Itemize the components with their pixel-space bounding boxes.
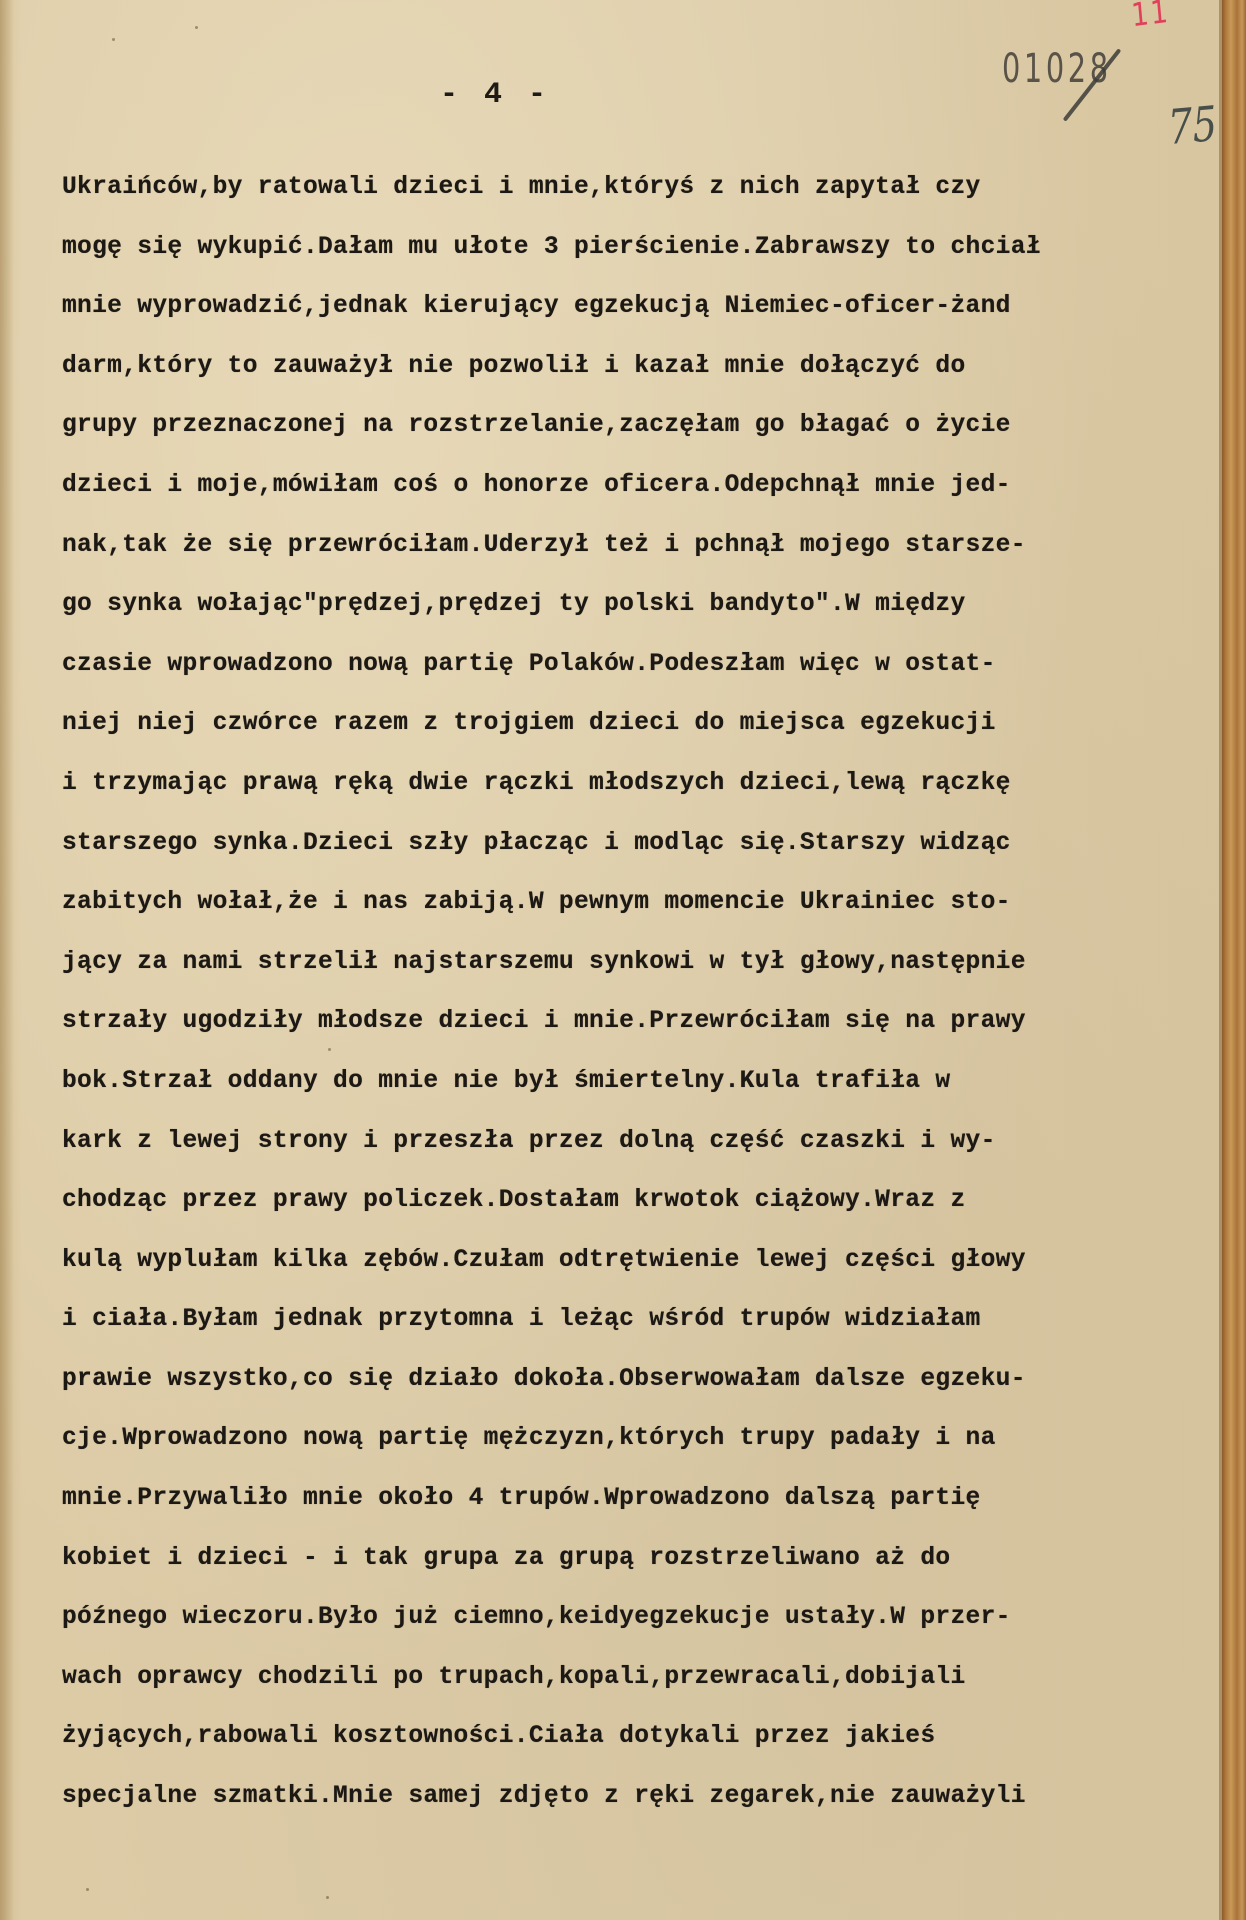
paper-speck — [112, 38, 115, 41]
text-line: kobiet i dzieci - i tak grupa za grupą r… — [62, 1529, 1222, 1589]
archive-stamp-number: 01028 — [1002, 46, 1112, 92]
text-line: mnie.Przywaliło mnie około 4 trupów.Wpro… — [62, 1469, 1222, 1529]
red-handwritten-number: 11 — [1130, 0, 1171, 34]
page-number: - 4 - — [440, 78, 550, 112]
text-line: prawie wszystko,co się działo dokoła.Obs… — [62, 1350, 1222, 1410]
text-line: kulą wyplułam kilka zębów.Czułam odtrętw… — [62, 1231, 1222, 1291]
text-line: starszego synka.Dzieci szły płacząc i mo… — [62, 814, 1222, 874]
text-line: wach oprawcy chodzili po trupach,kopali,… — [62, 1648, 1222, 1708]
text-line: niej niej czwórce razem z trojgiem dziec… — [62, 694, 1222, 754]
text-line: go synka wołając"prędzej,prędzej ty pols… — [62, 575, 1222, 635]
text-line: nak,tak że się przewróciłam.Uderzył też … — [62, 516, 1222, 576]
text-line: jący za nami strzelił najstarszemu synko… — [62, 933, 1222, 993]
text-line: strzały ugodziły młodsze dzieci i mnie.P… — [62, 992, 1222, 1052]
handwritten-folio-number: 75 — [1167, 96, 1219, 156]
paper-speck — [326, 1896, 329, 1899]
document-page: - 4 - 11 01028 75 Ukraińców,by ratowali … — [0, 0, 1222, 1920]
text-line: chodząc przez prawy policzek.Dostałam kr… — [62, 1171, 1222, 1231]
text-line: grupy przeznaczonej na rozstrzelanie,zac… — [62, 396, 1222, 456]
text-line: późnego wieczoru.Było już ciemno,keidyeg… — [62, 1588, 1222, 1648]
text-line: kark z lewej strony i przeszła przez dol… — [62, 1112, 1222, 1172]
text-line: mogę się wykupić.Dałam mu ułote 3 pierśc… — [62, 218, 1222, 278]
text-line: czasie wprowadzono nową partię Polaków.P… — [62, 635, 1222, 695]
text-line: i ciała.Byłam jednak przytomna i leżąc w… — [62, 1290, 1222, 1350]
typewritten-body: Ukraińców,by ratowali dzieci i mnie,któr… — [62, 158, 1222, 1827]
text-line: mnie wyprowadzić,jednak kierujący egzeku… — [62, 277, 1222, 337]
text-line: specjalne szmatki.Mnie samej zdjęto z rę… — [62, 1767, 1222, 1827]
text-line: żyjących,rabowali kosztowności.Ciała dot… — [62, 1707, 1222, 1767]
paper-speck — [195, 26, 198, 29]
page-left-shadow — [0, 0, 14, 1920]
paper-speck — [86, 1888, 89, 1891]
text-line: dzieci i moje,mówiłam coś o honorze ofic… — [62, 456, 1222, 516]
text-line: zabitych wołał,że i nas zabiją.W pewnym … — [62, 873, 1222, 933]
text-line: Ukraińców,by ratowali dzieci i mnie,któr… — [62, 158, 1222, 218]
text-line: bok.Strzał oddany do mnie nie był śmiert… — [62, 1052, 1222, 1112]
text-line: cje.Wprowadzono nową partię mężczyzn,któ… — [62, 1409, 1222, 1469]
text-line: i trzymając prawą ręką dwie rączki młods… — [62, 754, 1222, 814]
text-line: darm,który to zauważył nie pozwolił i ka… — [62, 337, 1222, 397]
binder-edge — [1222, 0, 1246, 1920]
